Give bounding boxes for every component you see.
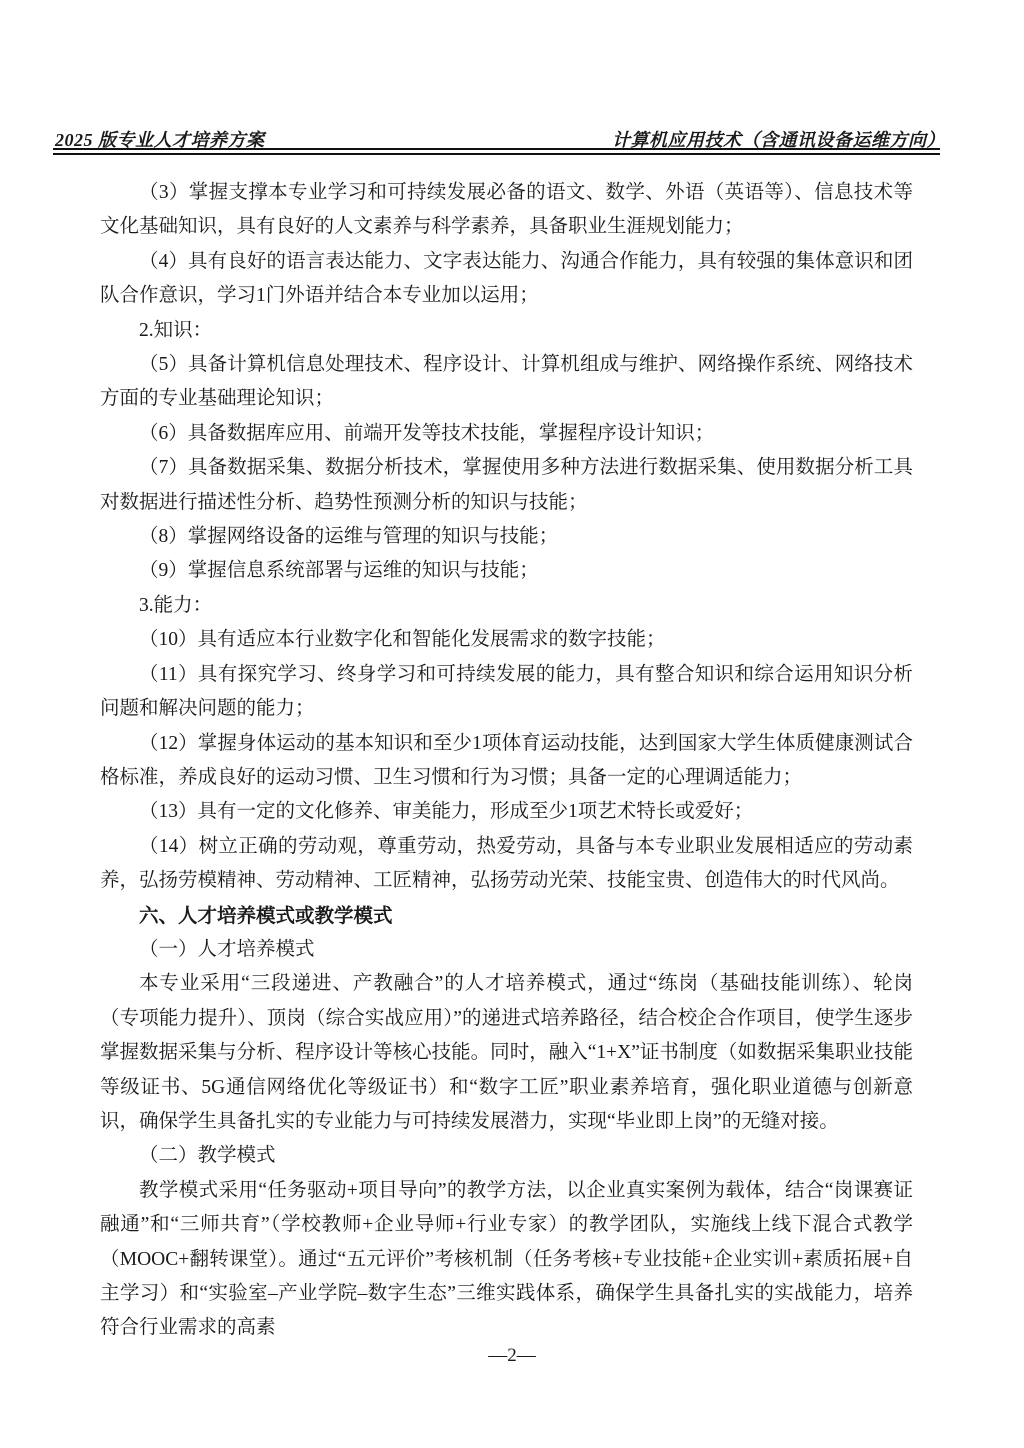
header-double-rule [53, 148, 940, 155]
paragraph: （14）树立正确的劳动观，尊重劳动，热爱劳动，具备与本专业职业发展相适应的劳动素… [100, 830, 913, 899]
paragraph: 2.知识： [100, 314, 913, 348]
paragraph: （13）具有一定的文化修养、审美能力，形成至少1项艺术特长或爱好； [100, 795, 913, 829]
document-page: 2025 版专业人才培养方案 计算机应用技术（含通讯设备运维方向） （3）掌握支… [0, 0, 1024, 1448]
subsection-heading: （一）人才培养模式 [100, 933, 913, 967]
paragraph: （8）掌握网络设备的运维与管理的知识与技能； [100, 520, 913, 554]
page-number: —2— [488, 1345, 536, 1366]
paragraph: 教学模式采用“任务驱动+项目导向”的教学方法，以企业真实案例为载体，结合“岗课赛… [100, 1174, 913, 1346]
paragraph: 3.能力： [100, 589, 913, 623]
paragraph: （9）掌握信息系统部署与运维的知识与技能； [100, 554, 913, 588]
paragraph: （3）掌握支撑本专业学习和可持续发展必备的语文、数学、外语（英语等）、信息技术等… [100, 176, 913, 245]
page-footer: —2— [0, 1345, 1024, 1367]
paragraph: （5）具备计算机信息处理技术、程序设计、计算机组成与维护、网络操作系统、网络技术… [100, 348, 913, 417]
paragraph: （7）具备数据采集、数据分析技术，掌握使用多种方法进行数据采集、使用数据分析工具… [100, 451, 913, 520]
paragraph: 本专业采用“三段递进、产教融合”的人才培养模式，通过“练岗（基础技能训练）、轮岗… [100, 967, 913, 1139]
subsection-heading: （二）教学模式 [100, 1139, 913, 1173]
paragraph: （12）掌握身体运动的基本知识和至少1项体育运动技能，达到国家大学生体质健康测试… [100, 727, 913, 796]
paragraph: （11）具有探究学习、终身学习和可持续发展的能力，具有整合知识和综合运用知识分析… [100, 658, 913, 727]
paragraph: （6）具备数据库应用、前端开发等技术技能，掌握程序设计知识； [100, 417, 913, 451]
section-heading: 六、人才培养模式或教学模式 [100, 899, 913, 933]
paragraph: （10）具有适应本行业数字化和智能化发展需求的数字技能； [100, 623, 913, 657]
paragraph: （4）具有良好的语言表达能力、文字表达能力、沟通合作能力，具有较强的集体意识和团… [100, 245, 913, 314]
document-body: （3）掌握支撑本专业学习和可持续发展必备的语文、数学、外语（英语等）、信息技术等… [100, 176, 913, 1346]
